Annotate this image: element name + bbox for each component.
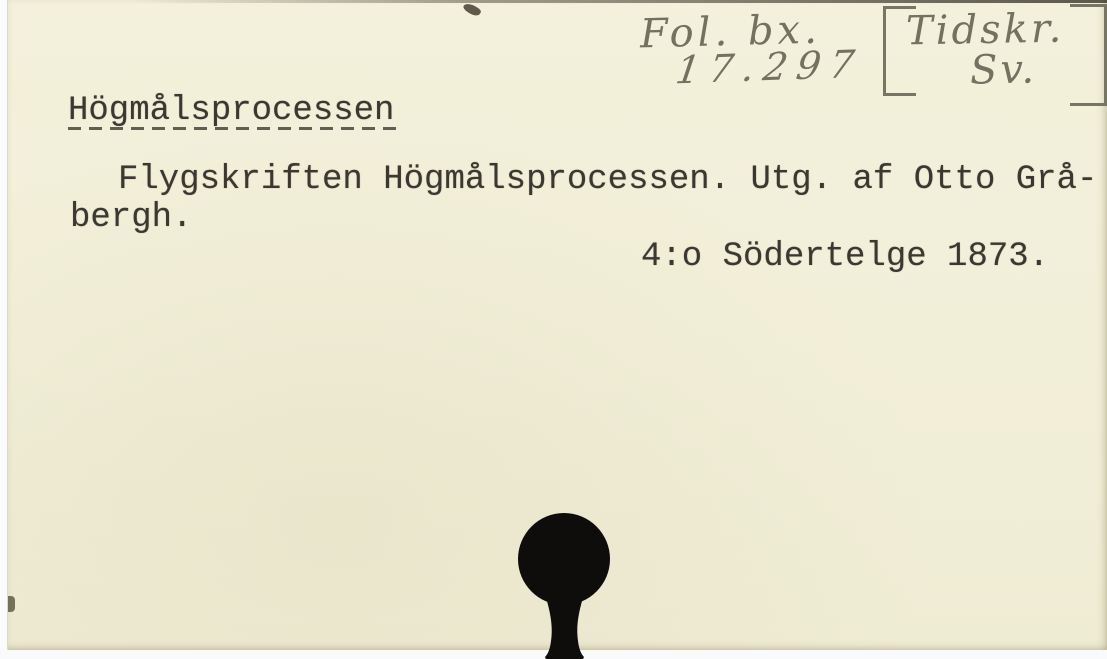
scanned-catalog-card-page: Fol. bx. 17.297 Tidskr. Sv. Högmålsproce… [0,0,1107,659]
handwritten-category-line1: Tidskr. [906,9,1065,52]
card-top-edge-shadow [128,0,1107,3]
handwritten-shelfmark-line2: 17.297 [673,45,865,90]
card-body-line1: Flygskriften Högmålsprocessen. Utg. af O… [118,163,1097,197]
card-imprint: 4:o Södertelge 1873. [641,240,1049,274]
card-body-line2: bergh. [70,201,192,235]
ink-speck [462,1,482,18]
right-bracket [1070,4,1107,106]
title-dashed-underline [68,127,396,130]
edge-notch-mark [8,596,15,612]
hole-punch-mark [508,505,623,659]
card-title: Högmålsprocessen [68,94,394,128]
catalog-card: Fol. bx. 17.297 Tidskr. Sv. Högmålsproce… [7,0,1107,650]
handwritten-category-line2: Sv. [970,49,1038,90]
